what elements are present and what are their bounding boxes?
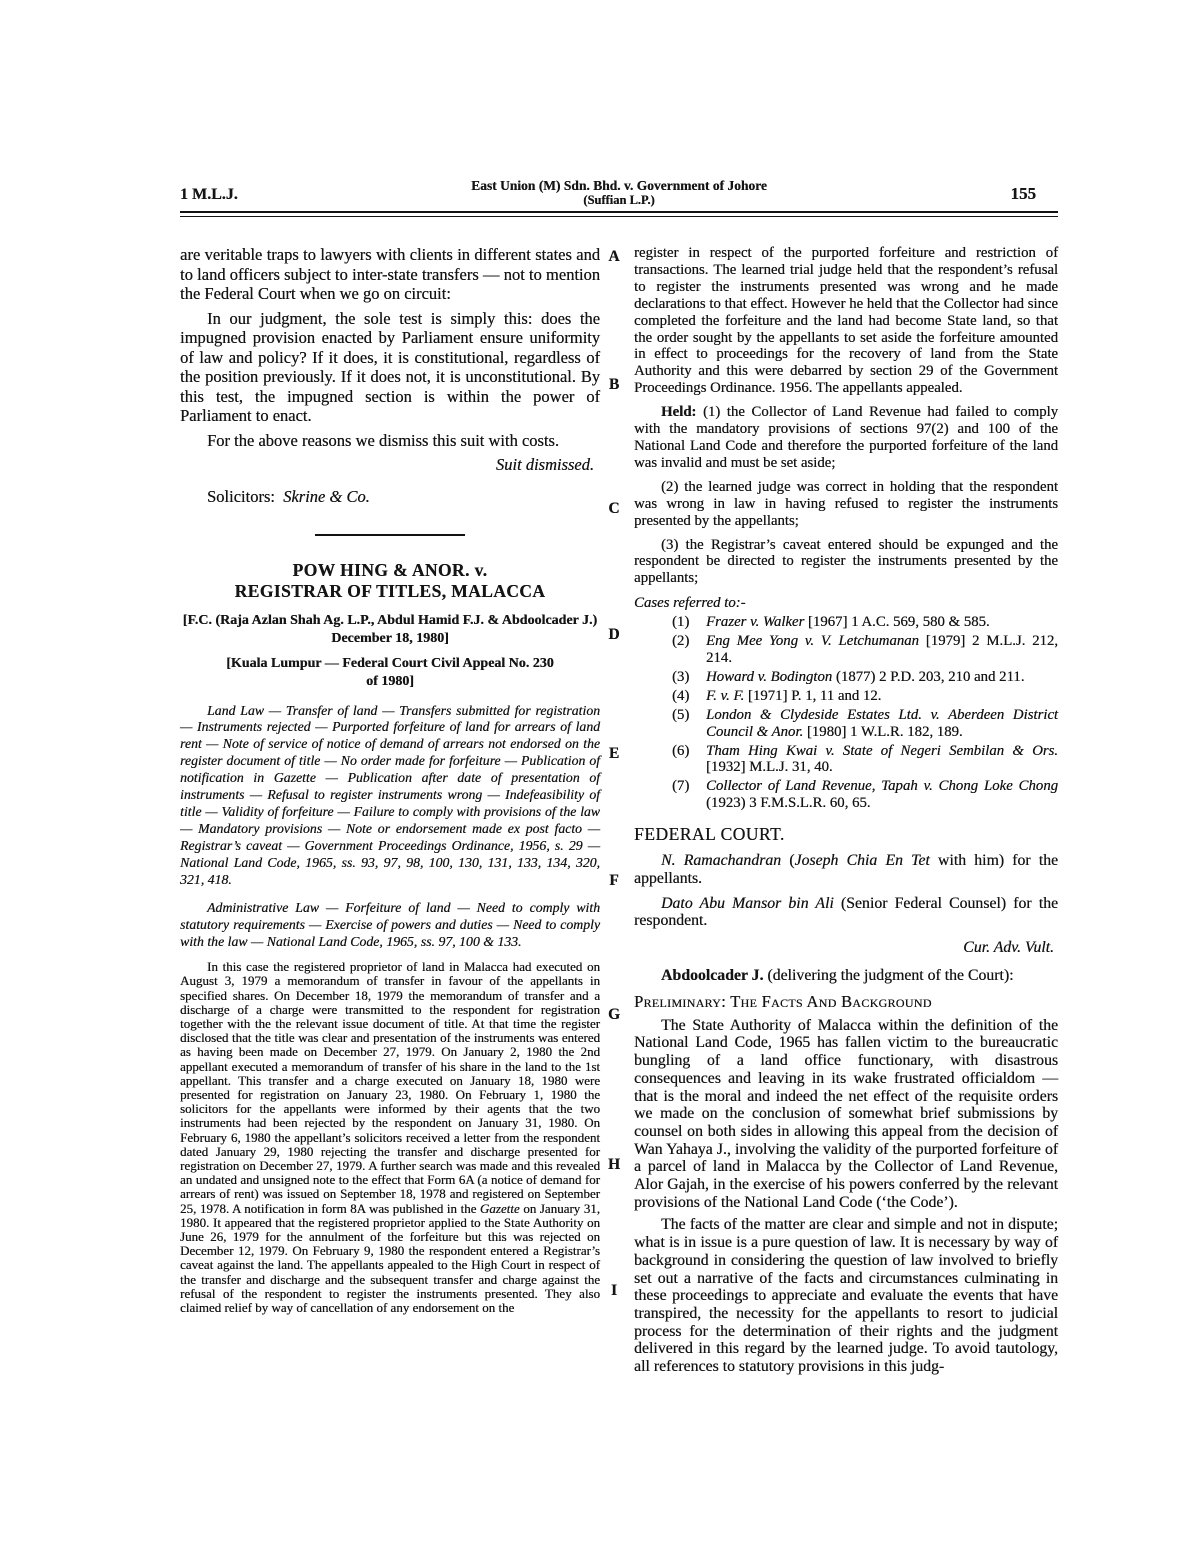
cited-case-citation: [1980] 1 W.L.R. 182, 189. <box>803 724 962 740</box>
facts-summary-continued: register in respect of the purported for… <box>634 245 1058 397</box>
counsel-name: Dato Abu Mansor bin Ali <box>661 895 834 912</box>
solicitors-firm: Skrine & Co. <box>283 487 370 506</box>
held-label: Held: <box>661 404 696 420</box>
held-paragraph-2: (2) the learned judge was correct in hol… <box>634 479 1058 530</box>
counsel-text: ( <box>781 852 794 869</box>
cited-case: (1)Frazer v. Walker [1967] 1 A.C. 569, 5… <box>634 614 1058 631</box>
judgment-paragraph: The State Authority of Malacca within th… <box>634 1017 1058 1212</box>
judge-text: (delivering the judgment of the Court): <box>763 967 1013 984</box>
cited-case-name: Tham Hing Kwai v. State of Negeri Sembil… <box>706 743 1058 759</box>
cited-case: (6)Tham Hing Kwai v. State of Negeri Sem… <box>634 743 1058 777</box>
cited-case-citation: (1877) 2 P.D. 203, 210 and 211. <box>832 669 1024 685</box>
two-column-body: are veritable traps to lawyers with clie… <box>180 245 1058 1376</box>
cited-case-number: (5) <box>672 707 689 724</box>
gazette-italic: Gazette <box>480 1201 520 1216</box>
running-head-judge-name: (Suffian L.P.) <box>180 193 1058 207</box>
left-column: are veritable traps to lawyers with clie… <box>180 245 600 1376</box>
law-report-page: A B C D E F G H I 1 M.L.J. East Union (M… <box>0 0 1200 1553</box>
case-divider-rule <box>315 534 465 536</box>
right-column: register in respect of the purported for… <box>634 245 1058 1376</box>
cited-case-name: Frazer v. Walker <box>706 614 804 630</box>
cited-case-number: (7) <box>672 778 689 795</box>
page-content: 1 M.L.J. East Union (M) Sdn. Bhd. v. Gov… <box>180 178 1058 1376</box>
case-title: POW HING & ANOR. v. REGISTRAR OF TITLES,… <box>180 560 600 603</box>
headnote-administrative-law: Administrative Law — Forfeiture of land … <box>180 900 600 951</box>
counsel-name: N. Ramachandran <box>661 852 781 869</box>
cited-case-name: F. v. F. <box>706 688 744 704</box>
coram-line: [F.C. (Raja Azlan Shah Ag. L.P., Abdul H… <box>180 612 600 648</box>
court-heading: FEDERAL COURT. <box>634 824 1058 845</box>
cited-case-name: Collector of Land Revenue, Tapah v. Chon… <box>706 778 1058 794</box>
cited-case-name: Eng Mee Yong v. V. Letchumanan <box>706 633 919 649</box>
facts-text: In this case the registered proprietor o… <box>180 959 600 1215</box>
facts-summary: In this case the registered proprietor o… <box>180 960 600 1315</box>
cited-case: (2)Eng Mee Yong v. V. Letchumanan [1979]… <box>634 633 1058 667</box>
cited-case-number: (3) <box>672 669 689 686</box>
cur-adv-vult: Cur. Adv. Vult. <box>634 939 1058 957</box>
cited-case: (4)F. v. F. [1971] P. 1, 11 and 12. <box>634 688 1058 705</box>
running-head-case-name: East Union (M) Sdn. Bhd. v. Government o… <box>180 178 1058 193</box>
counsel-appellants: N. Ramachandran (Joseph Chia En Tet with… <box>634 852 1058 887</box>
cited-case: (7)Collector of Land Revenue, Tapah v. C… <box>634 778 1058 812</box>
held-paragraph-1: Held: (1) the Collector of Land Revenue … <box>634 404 1058 472</box>
judgment-paragraph: The facts of the matter are clear and si… <box>634 1216 1058 1375</box>
solicitors-line: Solicitors: Skrine & Co. <box>180 487 600 507</box>
solicitors-label: Solicitors: <box>207 487 275 506</box>
case-disposition: Suit dismissed. <box>180 455 600 475</box>
cases-referred-heading: Cases referred to:- <box>634 595 1058 612</box>
judgment-delivery-line: Abdoolcader J. (delivering the judgment … <box>634 967 1058 985</box>
cited-case-name: Howard v. Bodington <box>706 669 832 685</box>
running-header: 1 M.L.J. East Union (M) Sdn. Bhd. v. Gov… <box>180 178 1058 208</box>
cited-case-citation: [1932] M.L.J. 31, 40. <box>706 759 833 775</box>
cited-case-number: (6) <box>672 743 689 760</box>
header-rule <box>180 211 1058 217</box>
prev-case-paragraph: are veritable traps to lawyers with clie… <box>180 245 600 304</box>
held-paragraph-3: (3) the Registrar’s caveat entered shoul… <box>634 537 1058 588</box>
facts-text: on January 31, 1980. It appeared that th… <box>180 1201 600 1315</box>
cited-case-citation: [1971] P. 1, 11 and 12. <box>744 688 881 704</box>
appeal-reference: [Kuala Lumpur — Federal Court Civil Appe… <box>225 655 555 691</box>
counsel-junior-name: Joseph Chia En Tet <box>794 852 929 869</box>
cited-case: (5)London & Clydeside Estates Ltd. v. Ab… <box>634 707 1058 741</box>
cited-case-number: (4) <box>672 688 689 705</box>
section-heading-preliminary: Preliminary: The Facts And Background <box>634 992 1058 1012</box>
cited-case: (3)Howard v. Bodington (1877) 2 P.D. 203… <box>634 669 1058 686</box>
cited-case-citation: [1967] 1 A.C. 569, 580 & 585. <box>804 614 989 630</box>
case-title-line2: REGISTRAR OF TITLES, MALACCA <box>180 581 600 603</box>
cited-case-number: (2) <box>672 633 689 650</box>
prev-case-paragraph: For the above reasons we dismiss this su… <box>180 431 600 451</box>
running-head-case: East Union (M) Sdn. Bhd. v. Government o… <box>180 178 1058 207</box>
judge-name: Abdoolcader J. <box>661 967 763 984</box>
cited-case-citation: (1923) 3 F.M.S.L.R. 60, 65. <box>706 795 870 811</box>
page-number: 155 <box>1011 184 1037 204</box>
prev-case-paragraph: In our judgment, the sole test is simply… <box>180 309 600 426</box>
counsel-respondent: Dato Abu Mansor bin Ali (Senior Federal … <box>634 895 1058 930</box>
case-title-line1: POW HING & ANOR. v. <box>180 560 600 582</box>
held-text: (1) the Collector of Land Revenue had fa… <box>634 404 1058 471</box>
cited-case-number: (1) <box>672 614 689 631</box>
headnote-land-law: Land Law — Transfer of land — Transfers … <box>180 703 600 889</box>
